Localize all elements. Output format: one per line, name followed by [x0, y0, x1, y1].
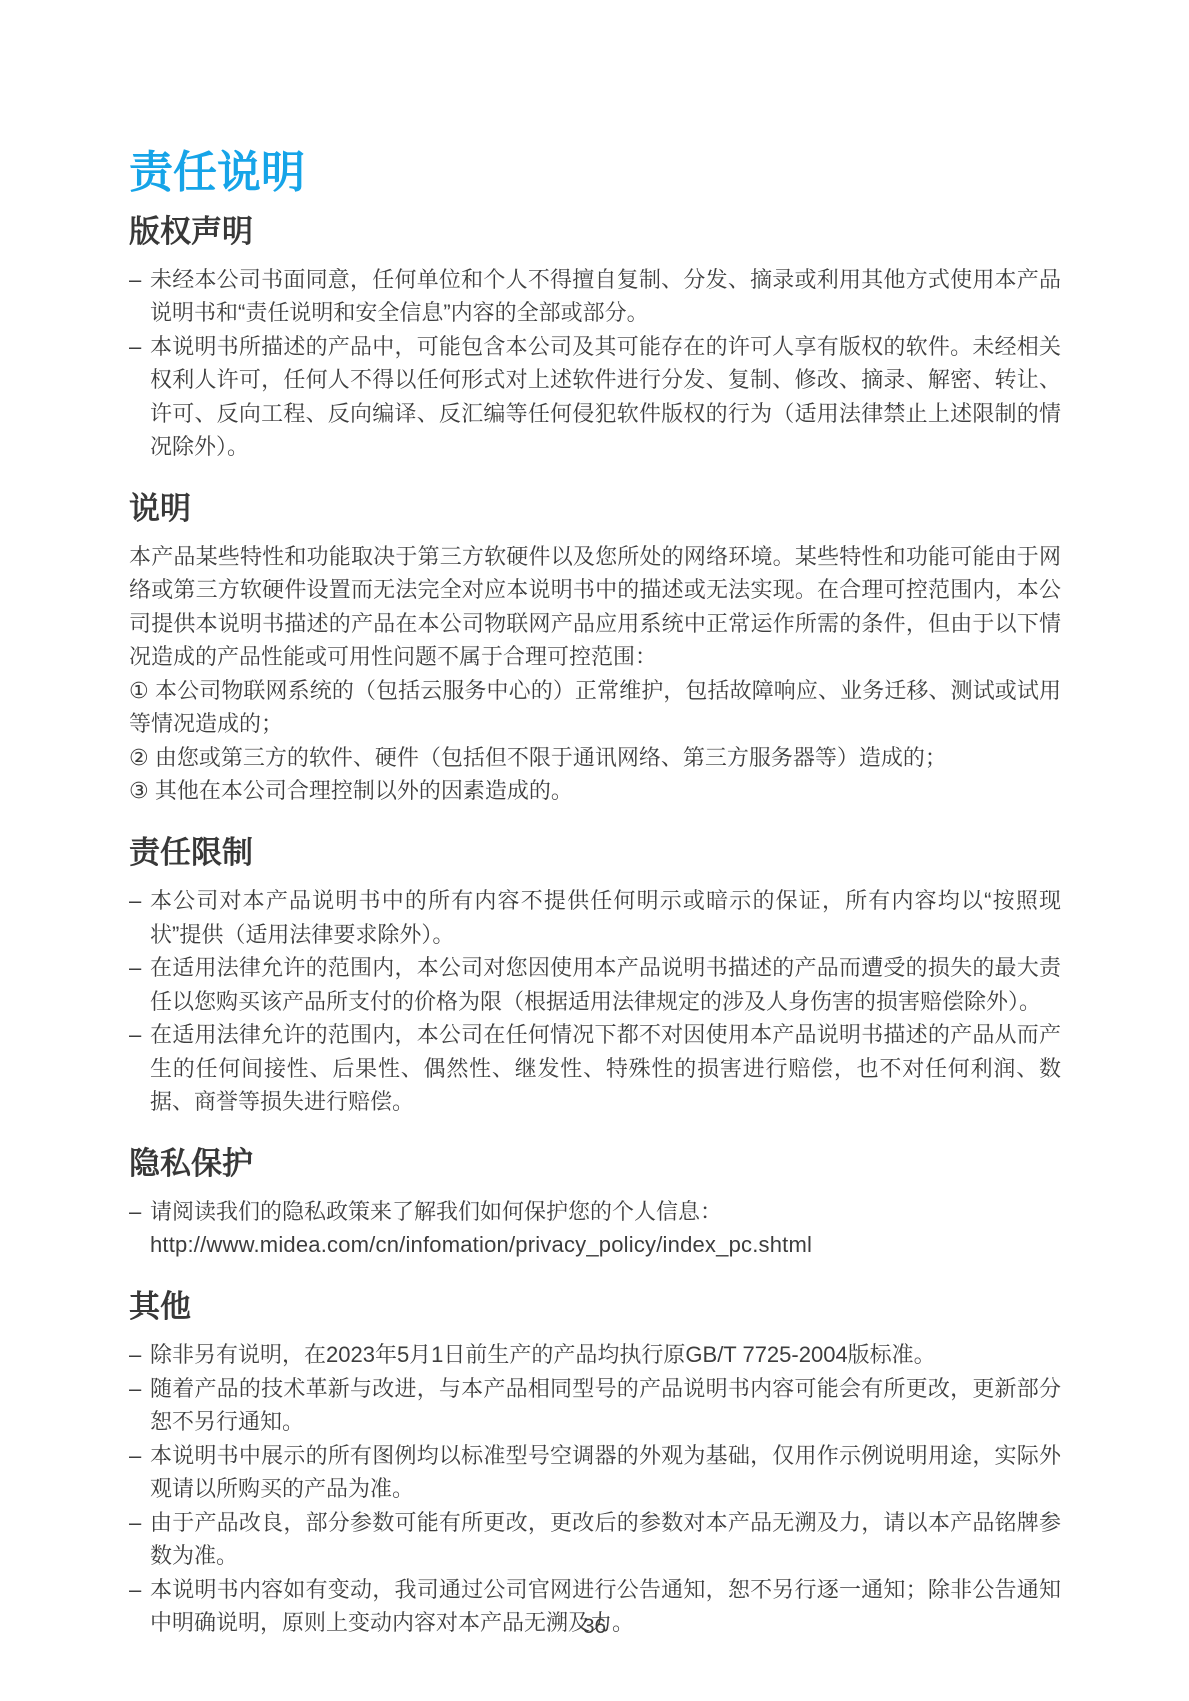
bullet-text: 由于产品改良，部分参数可能有所更改，更改后的参数对本产品无溯及力，请以本产品铭牌…: [150, 1506, 1061, 1573]
section-heading: 版权声明: [129, 213, 1061, 250]
paragraph: 本产品某些特性和功能取决于第三方软硬件以及您所处的网络环境。某些特性和功能可能由…: [129, 540, 1061, 674]
url-text: http://www.midea.com/cn/infomation/priva…: [129, 1228, 1061, 1262]
bullet-item: –在适用法律允许的范围内，本公司在任何情况下都不对因使用本产品说明书描述的产品从…: [129, 1018, 1061, 1119]
bullet-item: –请阅读我们的隐私政策来了解我们如何保护您的个人信息：: [129, 1195, 1061, 1229]
bullet-text: 本说明书中展示的所有图例均以标准型号空调器的外观为基础，仅用作示例说明用途，实际…: [150, 1439, 1061, 1506]
page-title: 责任说明: [129, 148, 1061, 199]
bullet-dash: –: [129, 330, 150, 364]
paragraph: ③ 其他在本公司合理控制以外的因素造成的。: [129, 774, 1061, 808]
section-heading: 责任限制: [129, 834, 1061, 871]
bullet-text: 随着产品的技术革新与改进，与本产品相同型号的产品说明书内容可能会有所更改，更新部…: [150, 1372, 1061, 1439]
section-heading: 隐私保护: [129, 1145, 1061, 1182]
bullet-item: –本说明书中展示的所有图例均以标准型号空调器的外观为基础，仅用作示例说明用途，实…: [129, 1439, 1061, 1506]
paragraph: ② 由您或第三方的软件、硬件（包括但不限于通讯网络、第三方服务器等）造成的；: [129, 741, 1061, 775]
bullet-dash: –: [129, 951, 150, 985]
bullet-dash: –: [129, 1439, 150, 1473]
bullet-item: –本说明书所描述的产品中，可能包含本公司及其可能存在的许可人享有版权的软件。未经…: [129, 330, 1061, 464]
bullet-item: –随着产品的技术革新与改进，与本产品相同型号的产品说明书内容可能会有所更改，更新…: [129, 1372, 1061, 1439]
bullet-dash: –: [129, 1573, 150, 1607]
bullet-item: –由于产品改良，部分参数可能有所更改，更改后的参数对本产品无溯及力，请以本产品铭…: [129, 1506, 1061, 1573]
bullet-dash: –: [129, 1018, 150, 1052]
paragraph: ① 本公司物联网系统的（包括云服务中心的）正常维护，包括故障响应、业务迁移、测试…: [129, 674, 1061, 741]
bullet-item: –本公司对本产品说明书中的所有内容不提供任何明示或暗示的保证，所有内容均以“按照…: [129, 884, 1061, 951]
bullet-dash: –: [129, 884, 150, 918]
bullet-text: 请阅读我们的隐私政策来了解我们如何保护您的个人信息：: [150, 1195, 1061, 1229]
bullet-text: 除非另有说明，在2023年5月1日前生产的产品均执行原GB/T 7725-200…: [150, 1338, 1061, 1372]
page-number: 36: [0, 1615, 1189, 1639]
bullet-dash: –: [129, 1195, 150, 1229]
bullet-dash: –: [129, 1372, 150, 1406]
section-heading: 说明: [129, 490, 1061, 527]
bullet-item: –在适用法律允许的范围内，本公司对您因使用本产品说明书描述的产品而遭受的损失的最…: [129, 951, 1061, 1018]
bullet-dash: –: [129, 1506, 150, 1540]
bullet-dash: –: [129, 1338, 150, 1372]
bullet-text: 未经本公司书面同意，任何单位和个人不得擅自复制、分发、摘录或利用其他方式使用本产…: [150, 263, 1061, 330]
bullet-text: 本说明书所描述的产品中，可能包含本公司及其可能存在的许可人享有版权的软件。未经相…: [150, 330, 1061, 464]
bullet-text: 在适用法律允许的范围内，本公司对您因使用本产品说明书描述的产品而遭受的损失的最大…: [150, 951, 1061, 1018]
sections: 版权声明–未经本公司书面同意，任何单位和个人不得擅自复制、分发、摘录或利用其他方…: [129, 213, 1061, 1640]
bullet-item: –未经本公司书面同意，任何单位和个人不得擅自复制、分发、摘录或利用其他方式使用本…: [129, 263, 1061, 330]
document-page: 责任说明 版权声明–未经本公司书面同意，任何单位和个人不得擅自复制、分发、摘录或…: [0, 0, 1189, 1701]
bullet-dash: –: [129, 263, 150, 297]
section-heading: 其他: [129, 1288, 1061, 1325]
bullet-text: 本公司对本产品说明书中的所有内容不提供任何明示或暗示的保证，所有内容均以“按照现…: [150, 884, 1061, 951]
bullet-item: –除非另有说明，在2023年5月1日前生产的产品均执行原GB/T 7725-20…: [129, 1338, 1061, 1372]
bullet-text: 在适用法律允许的范围内，本公司在任何情况下都不对因使用本产品说明书描述的产品从而…: [150, 1018, 1061, 1119]
